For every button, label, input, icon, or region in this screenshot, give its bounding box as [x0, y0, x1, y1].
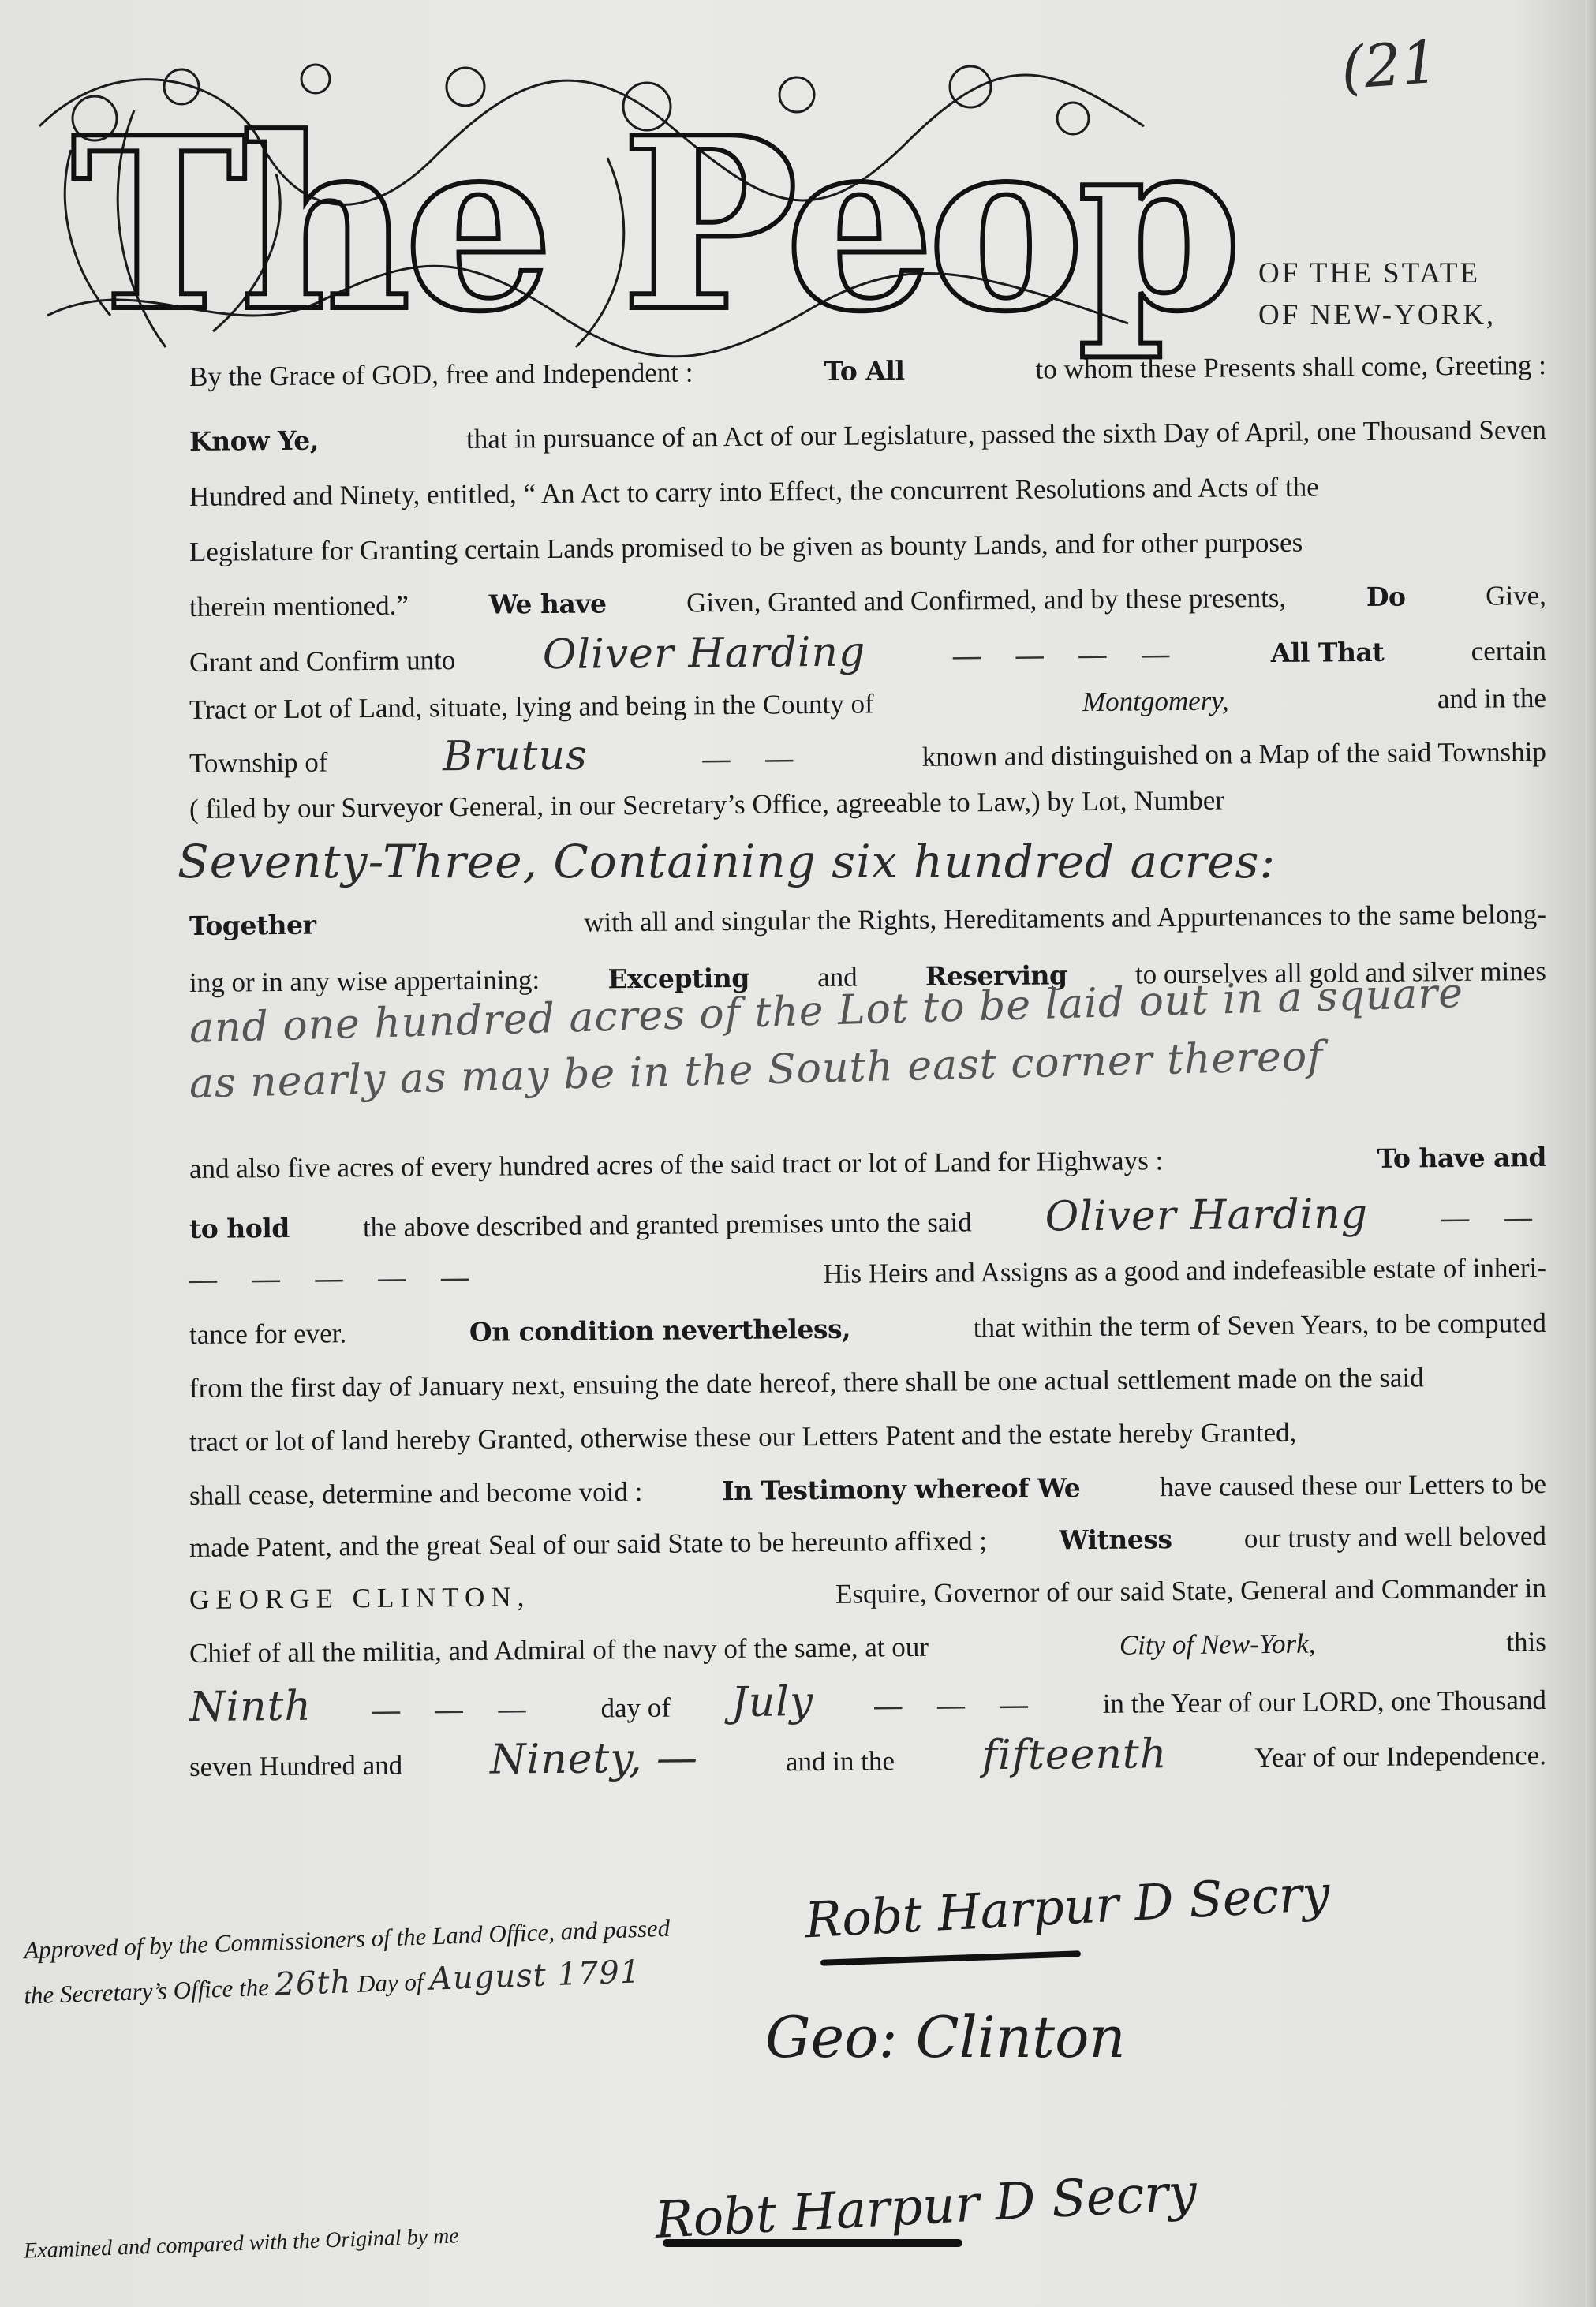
- handwritten-reservation-2: as nearly as may be in the South east co…: [189, 1039, 1323, 1101]
- document-page: The People (21 OF THE STATE OF NEW-YORK,…: [0, 0, 1596, 2307]
- handwritten-month: July: [731, 1684, 814, 1720]
- body-line-3: Hundred and Ninety, entitled, “ An Act t…: [189, 468, 1546, 514]
- body-line-26: seven Hundred and Ninety, — and in the f…: [189, 1733, 1546, 1785]
- body-line-22: made Patent, and the great Seal of our s…: [189, 1519, 1546, 1565]
- body-line-18: tance for ever. On condition nevertheles…: [189, 1306, 1546, 1352]
- body-line-17: — — — — — His Heirs and Assigns as a goo…: [189, 1251, 1546, 1297]
- body-line-2: Know Ye, that in pursuance of an Act of …: [189, 413, 1546, 459]
- body-line-8: Township of Brutus — — known and disting…: [189, 730, 1546, 781]
- handwritten-independence-year: fifteenth: [982, 1737, 1168, 1773]
- body-line-24: Chief of all the militia, and Admiral of…: [189, 1625, 1546, 1671]
- body-line-7: Tract or Lot of Land, situate, lying and…: [189, 681, 1546, 727]
- body-line-6: Grant and Confirm unto Oliver Harding — …: [189, 629, 1546, 680]
- calligraphic-title-flourish-icon: The People: [24, 32, 1239, 371]
- heading-state-line2: OF NEW-YORK,: [1258, 298, 1496, 332]
- body-line-20: tract or lot of land hereby Granted, oth…: [189, 1413, 1546, 1460]
- svg-text:The People: The People: [71, 85, 1239, 364]
- body-line-11: Together with all and singular the Right…: [189, 897, 1546, 944]
- approval-line-2: the Secretary’s Office the 26th Day of A…: [23, 1954, 641, 2011]
- body-line-10-handwritten: Seventy-Three, Containing six hundred ac…: [178, 844, 1534, 879]
- approval-day: 26th: [275, 1964, 352, 2002]
- body-line-15: and also five acres of every hundred acr…: [189, 1140, 1546, 1187]
- body-line-16: to hold the above described and granted …: [189, 1195, 1546, 1247]
- signature-secretary-1: Robt Harpur D Secry: [804, 1864, 1332, 1950]
- handwritten-township: Brutus: [443, 738, 588, 775]
- handwritten-lot-acres: Seventy-Three, Containing six hundred ac…: [178, 844, 1276, 879]
- body-line-4: Legislature for Granting certain Lands p…: [189, 523, 1546, 570]
- ornamental-heading: The People: [24, 32, 1239, 371]
- handwritten-grantee: Oliver Harding: [543, 635, 866, 673]
- signature-underline-1: [820, 1950, 1081, 1966]
- body-line-19: from the first day of January next, ensu…: [189, 1359, 1546, 1406]
- heading-state-line1: OF THE STATE: [1258, 256, 1480, 290]
- signature-underline-2: [663, 2239, 962, 2247]
- signature-secretary-2: Robt Harpur D Secry: [654, 2163, 1198, 2250]
- handwritten-grantee-2: Oliver Harding: [1045, 1197, 1369, 1235]
- examined-label: Examined and compared with the Original …: [24, 2223, 460, 2264]
- body-line-25: Ninth — — — day of July — — — in the Yea…: [189, 1678, 1546, 1729]
- page-number: (21: [1339, 28, 1441, 103]
- body-line-23: GEORGE CLINTON, Esquire, Governor of our…: [189, 1571, 1546, 1617]
- signature-governor: Geo: Clinton: [765, 2004, 1126, 2070]
- handwritten-year-word: Ninety, —: [490, 1741, 698, 1777]
- approval-date: August 1791: [428, 1954, 641, 1997]
- handwritten-day: Ninth: [189, 1689, 312, 1725]
- body-line-21: shall cease, determine and become void :…: [189, 1467, 1546, 1513]
- page-edge-shadow: [1585, 0, 1596, 2307]
- body-line-9: ( filed by our Surveyor General, in our …: [189, 780, 1546, 827]
- body-line-5: therein mentioned.” We have Given, Grant…: [189, 578, 1546, 625]
